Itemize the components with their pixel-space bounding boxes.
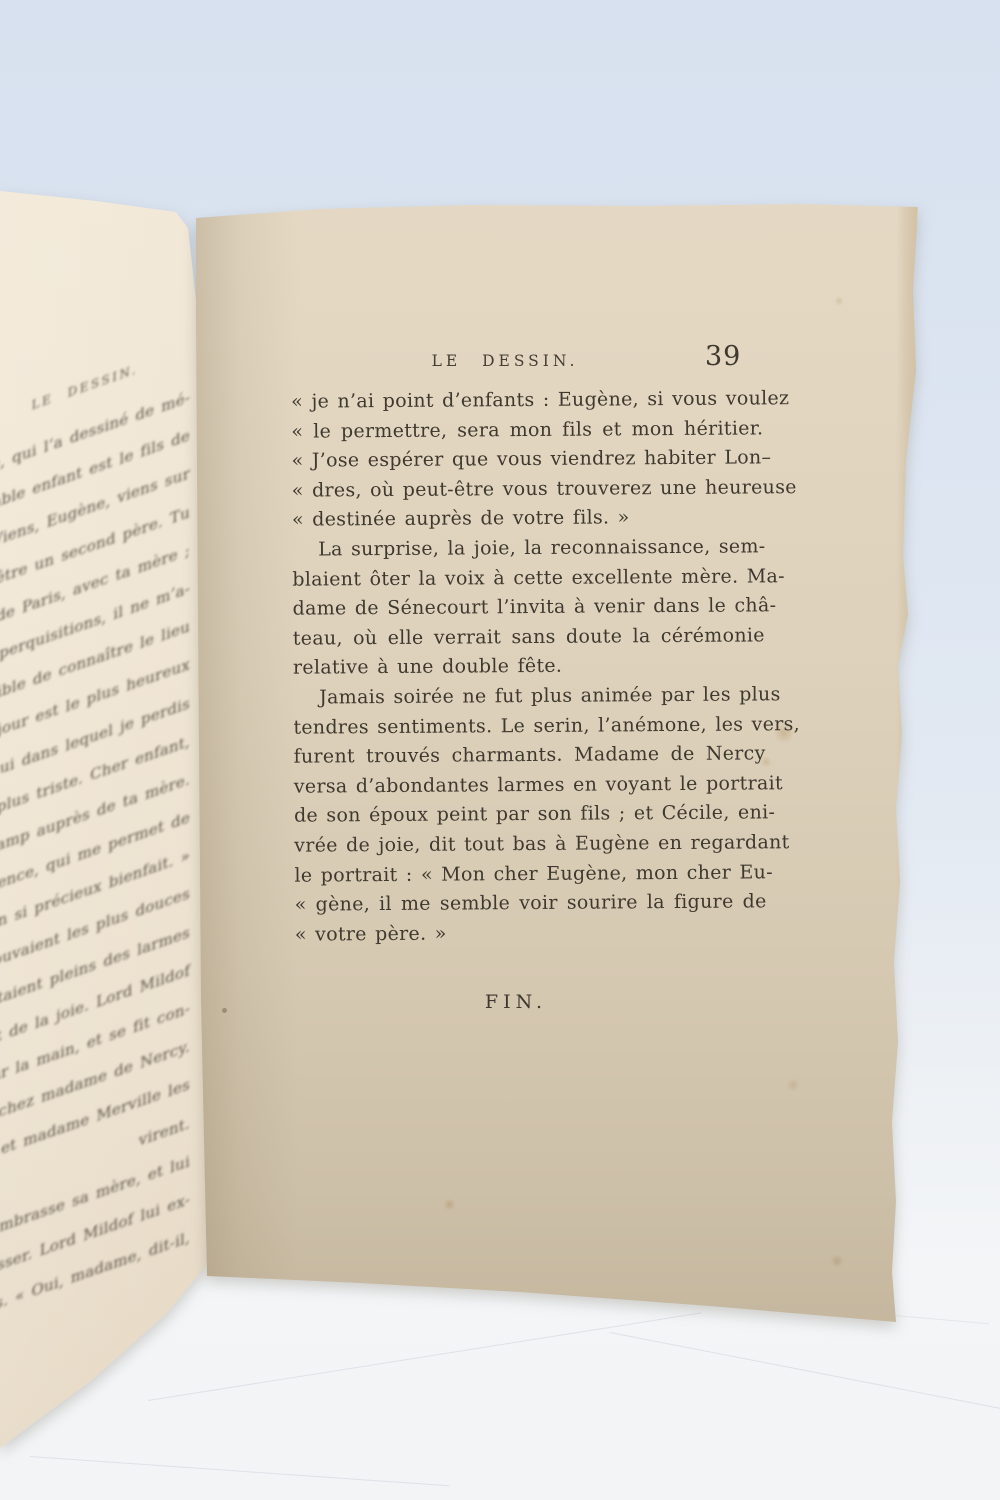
page-fore-edge [896,200,922,1330]
text-line: vrée de joie, dit tout bas à Eugène en r… [294,828,766,861]
text-line: dame de Sénecourt l’invita à venir dans … [292,592,764,625]
text-line: le portrait : « Mon cher Eugène, mon che… [294,858,766,891]
text-line: « gène, il me semble voir sourire la fig… [295,887,767,920]
text-line: « destinée auprès de votre fils. » [292,503,764,536]
text-line: « votre père. » [295,917,767,950]
text-line: versa d’abondantes larmes en voyant le p… [294,769,766,802]
text-line: tendres sentiments. Le serin, l’anémone,… [293,710,765,743]
text-line: teau, où elle verrait sans doute la céré… [293,621,765,654]
foxing-spot [786,1078,800,1092]
foxing-spot [834,296,844,306]
text-line: « le permettre, sera mon fils et mon hér… [291,414,763,447]
foxing-spot [830,1254,844,1268]
text-line: La surprise, la joie, la reconnaissance,… [292,532,764,565]
text-line: Jamais soirée ne fut plus animée par les… [293,680,765,713]
foxing-spot [443,1198,456,1211]
fin-label: FIN. [280,991,752,1013]
text-line: « dres, où peut-être vous trouverez une … [292,473,764,506]
right-page-shadow: LE DESSIN. 39 « je n’ai point d’enfants … [0,0,1000,1500]
running-header: LE DESSIN. [270,352,740,370]
text-line: de son époux peint par son fils ; et Céc… [294,799,766,832]
body-text-block: « je n’ai point d’enfants : Eugène, si v… [291,384,767,950]
text-line: « J’ose espérer que vous viendrez habite… [291,444,763,477]
text-line: blaient ôter la voix à cette excellente … [292,562,764,595]
ink-speck [222,1008,227,1013]
text-line: furent trouvés charmants. Madame de Nerc… [294,739,766,772]
right-page: LE DESSIN. 39 « je n’ai point d’enfants … [0,0,1000,1500]
text-line: relative à une double fête. [293,651,765,684]
text-line: « je n’ai point d’enfants : Eugène, si v… [291,384,763,417]
page-number: 39 [705,341,741,372]
